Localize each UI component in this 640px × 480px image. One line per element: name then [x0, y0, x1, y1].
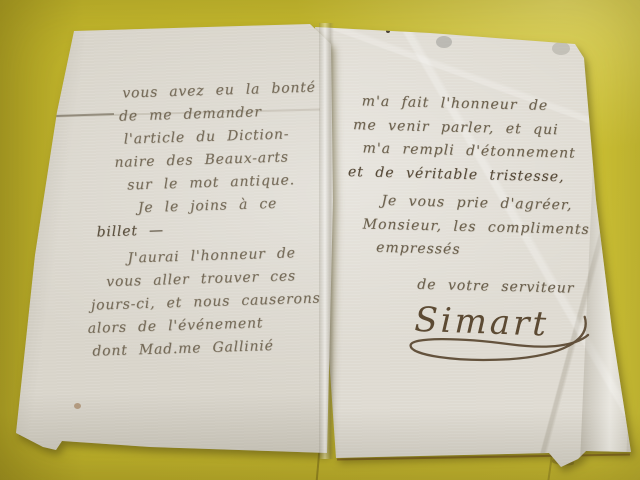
handwriting-line: billet — — [96, 214, 349, 245]
paper-stain — [74, 403, 81, 409]
photo-backdrop: m'a fait l'honneur de me venir parler, e… — [0, 0, 640, 480]
center-fold-ridge — [319, 23, 334, 459]
left-page-text: vous avez eu la bonté de me demander l'a… — [78, 76, 353, 364]
